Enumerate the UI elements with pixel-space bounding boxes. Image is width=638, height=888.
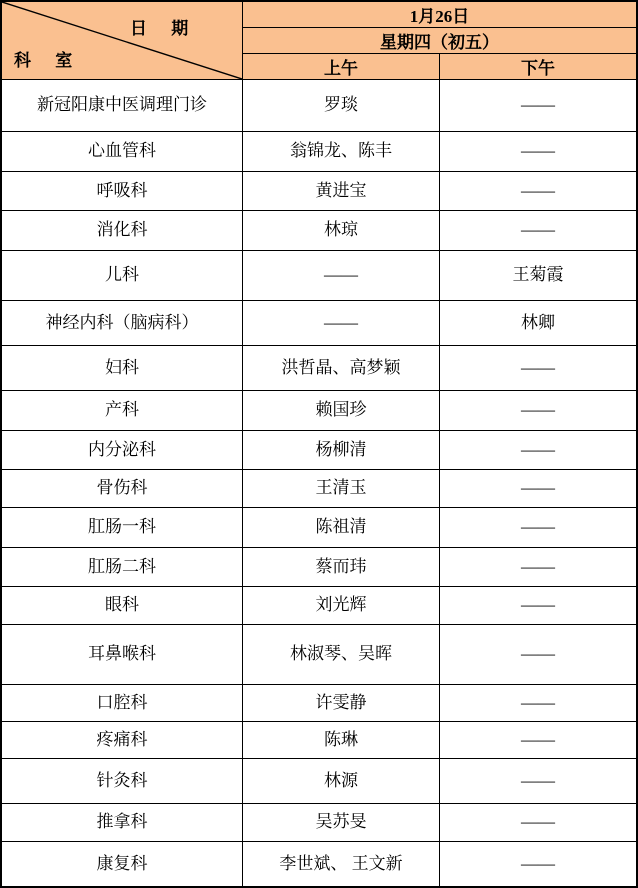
department-cell: 内分泌科 [2,431,243,469]
table-header: 日 期 科 室 1月26日 星期四（初五） 上午 下午 [2,2,636,80]
department-cell: 推拿科 [2,804,243,841]
pm-cell: —— [440,804,636,841]
table-row: 肛肠一科陈祖清—— [2,508,636,548]
am-cell: 陈祖清 [243,508,440,547]
am-cell: 赖国珍 [243,391,440,430]
department-cell: 新冠阳康中医调理门诊 [2,80,243,131]
table-row: 呼吸科黄进宝—— [2,172,636,211]
header-weekday-cell: 星期四（初五） [243,28,636,54]
pm-cell: 林卿 [440,301,636,345]
am-cell: 黄进宝 [243,172,440,210]
department-cell: 肛肠一科 [2,508,243,547]
table-row: 神经内科（脑病科）——林卿 [2,301,636,346]
corner-cell: 日 期 科 室 [2,2,243,80]
am-cell: 蔡而玮 [243,548,440,586]
pm-cell: —— [440,391,636,430]
pm-cell: —— [440,431,636,469]
department-cell: 消化科 [2,211,243,250]
table-row: 骨伤科王清玉—— [2,470,636,508]
pm-cell: —— [440,722,636,758]
pm-cell: —— [440,172,636,210]
department-cell: 康复科 [2,842,243,887]
department-cell: 针灸科 [2,759,243,803]
table-row: 妇科洪哲晶、高梦颖—— [2,346,636,391]
table-row: 口腔科许雯静—— [2,685,636,722]
department-cell: 疼痛科 [2,722,243,758]
pm-cell: —— [440,548,636,586]
department-cell: 神经内科（脑病科） [2,301,243,345]
table-row: 针灸科林源—— [2,759,636,804]
am-cell: 林淑琴、吴晖 [243,625,440,684]
am-cell: 翁锦龙、陈丰 [243,132,440,171]
pm-cell: —— [440,211,636,250]
pm-cell: —— [440,759,636,803]
pm-cell: —— [440,346,636,390]
am-cell: 李世斌、 王文新 [243,842,440,887]
am-cell: 许雯静 [243,685,440,721]
department-cell: 妇科 [2,346,243,390]
header-date-cell: 1月26日 [243,2,636,28]
am-cell: 王清玉 [243,470,440,507]
am-cell: 刘光辉 [243,587,440,624]
header-pm-cell: 下午 [440,54,636,79]
department-cell: 眼科 [2,587,243,624]
header-am-cell: 上午 [243,54,440,79]
header-ampm-row: 上午 下午 [243,54,636,80]
pm-cell: —— [440,842,636,887]
table-body: 新冠阳康中医调理门诊罗琰——心血管科翁锦龙、陈丰——呼吸科黄进宝——消化科林琼—… [2,80,636,887]
pm-cell: —— [440,508,636,547]
table-row: 康复科李世斌、 王文新—— [2,842,636,887]
department-cell: 肛肠二科 [2,548,243,586]
department-cell: 心血管科 [2,132,243,171]
table-row: 耳鼻喉科林淑琴、吴晖—— [2,625,636,685]
am-cell: 吴苏旻 [243,804,440,841]
am-cell: —— [243,251,440,300]
department-cell: 骨伤科 [2,470,243,507]
table-row: 疼痛科陈琳—— [2,722,636,759]
am-cell: 洪哲晶、高梦颖 [243,346,440,390]
pm-cell: —— [440,685,636,721]
table-row: 新冠阳康中医调理门诊罗琰—— [2,80,636,132]
table-row: 肛肠二科蔡而玮—— [2,548,636,587]
table-row: 消化科林琼—— [2,211,636,251]
department-cell: 呼吸科 [2,172,243,210]
corner-date-label: 日 期 [130,14,198,39]
table-row: 产科赖国珍—— [2,391,636,431]
schedule-table: 日 期 科 室 1月26日 星期四（初五） 上午 下午 新冠阳康中医调理门诊罗琰… [0,0,638,888]
am-cell: 林琼 [243,211,440,250]
pm-cell: 王菊霞 [440,251,636,300]
department-cell: 产科 [2,391,243,430]
pm-cell: —— [440,80,636,131]
table-row: 内分泌科杨柳清—— [2,431,636,470]
table-row: 心血管科翁锦龙、陈丰—— [2,132,636,172]
department-cell: 儿科 [2,251,243,300]
pm-cell: —— [440,625,636,684]
am-cell: 陈琳 [243,722,440,758]
corner-dept-label: 科 室 [14,46,82,71]
department-cell: 耳鼻喉科 [2,625,243,684]
am-cell: 林源 [243,759,440,803]
pm-cell: —— [440,587,636,624]
am-cell: 杨柳清 [243,431,440,469]
pm-cell: —— [440,470,636,507]
header-right: 1月26日 星期四（初五） 上午 下午 [243,2,636,80]
department-cell: 口腔科 [2,685,243,721]
am-cell: 罗琰 [243,80,440,131]
am-cell: —— [243,301,440,345]
table-row: 眼科刘光辉—— [2,587,636,625]
table-row: 儿科——王菊霞 [2,251,636,301]
pm-cell: —— [440,132,636,171]
table-row: 推拿科吴苏旻—— [2,804,636,842]
